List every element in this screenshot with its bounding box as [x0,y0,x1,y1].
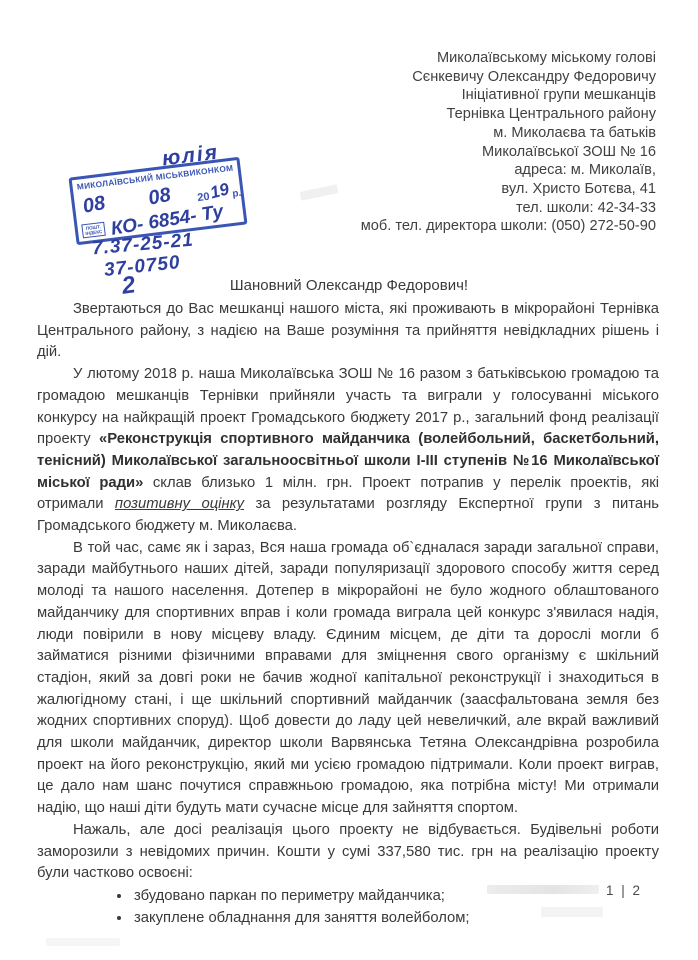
recipient-line: Тернівка Центрального району [361,105,656,124]
paragraph-4: Нажаль, але досі реалізація цього проект… [37,820,659,885]
recipient-line: м. Миколаєва та батьків [361,124,656,143]
scanned-letter-page: Миколаївському міському голові Сєнкевичу… [0,0,698,960]
recipient-line: моб. тел. директора школи: (050) 272-50-… [361,217,656,236]
stamp-day-handwritten: 08 [81,192,107,219]
recipient-line: Сєнкевичу Олександру Федоровичу [361,68,656,87]
paragraph-1: Звертаються до Вас мешканці нашого міста… [37,299,659,364]
recipient-line: вул. Христо Ботєва, 41 [361,180,656,199]
recipient-block: Миколаївському міському голові Сєнкевичу… [361,49,656,236]
positive-assessment-emphasis: позитивну оцінку [115,496,244,512]
scan-smudge [299,184,338,201]
scan-smudge [541,907,603,917]
scan-smudge [46,938,120,946]
recipient-line: адреса: м. Миколаїв, [361,161,656,180]
page-number: 1 | 2 [606,883,642,898]
stamp-year-suffix: р. [232,188,242,200]
recipient-line: Миколаївської ЗОШ № 16 [361,143,656,162]
salutation: Шановний Олександр Федорович! [0,277,698,294]
scan-smudge [487,885,599,894]
paragraph-3: В той час, самє як і зараз, Вся наша гро… [37,538,659,820]
paragraph-2: У лютому 2018 р. наша Миколаївська ЗОШ №… [37,364,659,538]
recipient-line: тел. школи: 42-34-33 [361,199,656,218]
letter-body: Звертаються до Вас мешканці нашого міста… [37,299,659,929]
stamp-year-handwritten: 19 [208,179,231,203]
stamp-index-line: ІНДЕКС [85,229,102,236]
stamp-index-box: ПОШТ. ІНДЕКС [81,222,106,239]
stamp-month-handwritten: 08 [147,184,173,211]
recipient-line: Ініціативної групи мешканців [361,86,656,105]
recipient-line: Миколаївському міському голові [361,49,656,68]
stamp-year-printed: 20 [197,191,211,204]
